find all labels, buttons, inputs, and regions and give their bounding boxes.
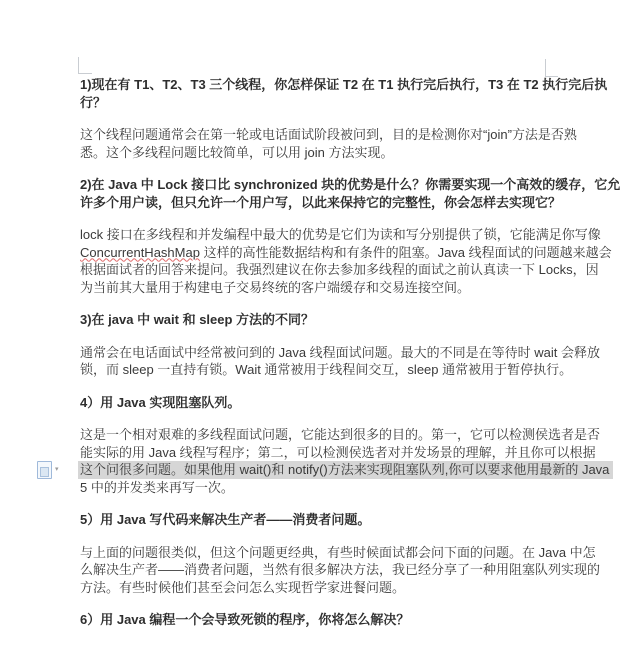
question-heading-line: 5）用 Java 写代码来解决生产者——消费者问题。 [80, 511, 613, 529]
question-heading-1: 1)现在有 T1、T2、T3 三个线程，你怎样保证 T2 在 T1 执行完后执行… [80, 76, 613, 111]
document-body[interactable]: 1)现在有 T1、T2、T3 三个线程，你怎样保证 T2 在 T1 执行完后执行… [80, 76, 613, 629]
text-line: 这个线程问题通常会在第一轮或电话面试阶段被问到，目的是检测你对“join”方法是… [80, 126, 613, 144]
text-line: 方法。有些时候他们甚至会问怎么实现哲学家进餐问题。 [80, 579, 613, 597]
question-heading-3: 3)在 java 中 wait 和 sleep 方法的不同？ [80, 311, 613, 329]
question-heading-line: 行？ [80, 94, 613, 112]
text-line: 根据面试者的回答来提问。我强烈建议在你去参加多线程的面试之前认真读一下 Lock… [80, 261, 613, 279]
question-heading-6: 6）用 Java 编程一个会导致死锁的程序，你将怎么解决？ [80, 611, 613, 629]
question-heading-line: 2)在 Java 中 Lock 接口比 synchronized 块的优势是什么… [80, 176, 613, 194]
answer-paragraph-3: 通常会在电话面试中经常被问到的 Java 线程面试问题。最大的不同是在等待时 w… [80, 344, 613, 379]
answer-paragraph-4: 这是一个相对艰难的多线程面试问题，它能达到很多的目的。第一，它可以检测侯选者是否… [80, 426, 613, 496]
answer-paragraph-5: 与上面的问题很类似，但这个问题更经典，有些时候面试都会问下面的问题。在 Java… [80, 544, 613, 597]
highlighted-text-line[interactable]: 这个问很多问题。如果他用 wait()和 notify()方法来实现阻塞队列,你… [78, 461, 613, 479]
text-line: 这是一个相对艰难的多线程面试问题，它能达到很多的目的。第一，它可以检测侯选者是否 [80, 426, 613, 444]
question-heading-2: 2)在 Java 中 Lock 接口比 synchronized 块的优势是什么… [80, 176, 613, 211]
question-heading-5: 5）用 Java 写代码来解决生产者——消费者问题。 [80, 511, 613, 529]
text-line: 通常会在电话面试中经常被问到的 Java 线程面试问题。最大的不同是在等待时 w… [80, 344, 613, 362]
answer-paragraph-2: lock 接口在多线程和并发编程中最大的优势是它们为读和写分别提供了锁，它能满足… [80, 226, 613, 296]
question-heading-4: 4）用 Java 实现阻塞队列。 [80, 394, 613, 412]
text-line: lock 接口在多线程和并发编程中最大的优势是它们为读和写分别提供了锁，它能满足… [80, 226, 613, 244]
paste-options-icon [37, 461, 52, 479]
text-boundary-mark-top-right [545, 59, 558, 77]
text-line: 5 中的并发类来再写一次。 [80, 479, 613, 497]
question-heading-line: 3)在 java 中 wait 和 sleep 方法的不同？ [80, 311, 613, 329]
document-page: ▾ 1)现在有 T1、T2、T3 三个线程，你怎样保证 T2 在 T1 执行完后… [0, 0, 640, 645]
text-line: ConcurrentHashMap 这样的高性能数据结构和有条件的阻塞。Java… [80, 244, 613, 262]
question-heading-line: 4）用 Java 实现阻塞队列。 [80, 394, 613, 412]
spellcheck-underlined-word: ConcurrentHashMap [80, 245, 200, 260]
text-line: 为当前其大量用于构建电子交易终统的客户端缓存和交易连接空间。 [80, 279, 613, 297]
caret-down-icon: ▾ [55, 466, 59, 473]
question-heading-line: 6）用 Java 编程一个会导致死锁的程序，你将怎么解决？ [80, 611, 613, 629]
text-line: 悉。这个多线程问题比较简单，可以用 join 方法实现。 [80, 144, 613, 162]
text-boundary-mark-top-left [78, 57, 92, 74]
clipboard-sheet-icon [40, 467, 49, 477]
text-line: 与上面的问题很类似，但这个问题更经典，有些时候面试都会问下面的问题。在 Java… [80, 544, 613, 562]
text-segment: 这样的高性能数据结构和有条件的阻塞。Java 线程面试的问题越来越会 [200, 245, 612, 260]
answer-paragraph-1: 这个线程问题通常会在第一轮或电话面试阶段被问到，目的是检测你对“join”方法是… [80, 126, 613, 161]
text-line: 么解决生产者——消费者问题，当然有很多解决方法，我已经分享了一种用阻塞队列实现的 [80, 561, 613, 579]
text-line: 能实际的用 Java 线程写程序；第二，可以检测侯选者对并发场景的理解，并且你可… [80, 444, 613, 462]
question-heading-line: 许多个用户读，但只允许一个用户写，以此来保持它的完整性，你会怎样去实现它？ [80, 194, 613, 212]
question-heading-line: 1)现在有 T1、T2、T3 三个线程，你怎样保证 T2 在 T1 执行完后执行… [80, 76, 613, 94]
paste-options-button[interactable]: ▾ [37, 461, 59, 479]
text-line: 锁，而 sleep 一直持有锁。Wait 通常被用于线程间交互，sleep 通常… [80, 361, 613, 379]
